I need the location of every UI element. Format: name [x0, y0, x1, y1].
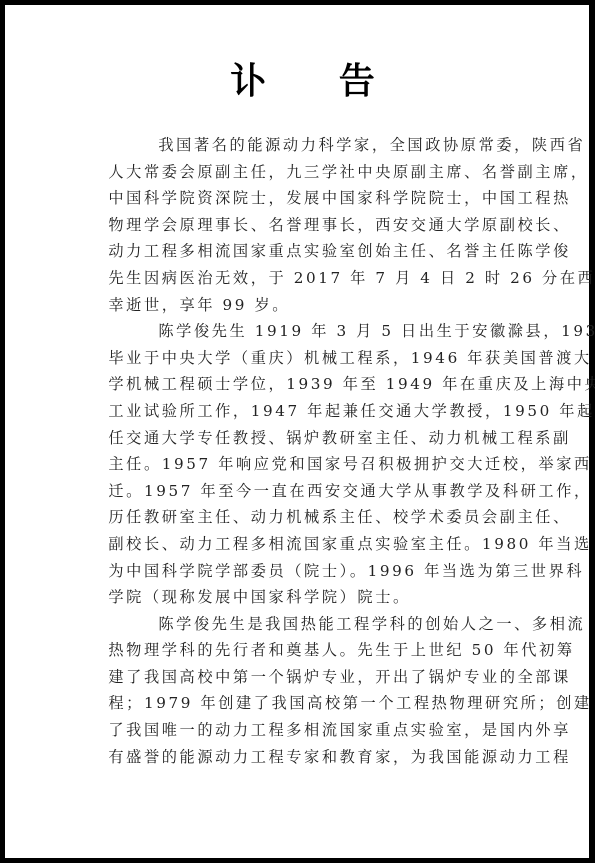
paragraph-2: 陈学俊先生 1919 年 3 月 5 日出生于安徽滁县，1939 年 毕业于中央… [78, 318, 530, 611]
text-line: 工业试验所工作，1947 年起兼任交通大学教授，1950 年起 [78, 398, 530, 425]
text-line: 陈学俊先生 1919 年 3 月 5 日出生于安徽滁县，1939 年 [78, 318, 530, 345]
text-line: 动力工程多相流国家重点实验室创始主任、名誉主任陈学俊 [78, 238, 530, 265]
text-line: 先生因病医治无效，于 2017 年 7 月 4 日 2 时 26 分在西安不 [78, 265, 530, 292]
page-frame: 讣 告 我国著名的能源动力科学家，全国政协原常委，陕西省 人大常委会原副主任，九… [0, 0, 595, 863]
text-line: 副校长、动力工程多相流国家重点实验室主任。1980 年当选 [78, 531, 530, 558]
text-line: 迁。1957 年至今一直在西安交通大学从事教学及科研工作， [78, 478, 530, 505]
text-line: 学院（现称发展中国家科学院）院士。 [78, 584, 530, 611]
text-line: 我国著名的能源动力科学家，全国政协原常委，陕西省 [78, 132, 530, 159]
text-line: 物理学会原理事长、名誉理事长，西安交通大学原副校长、 [78, 212, 530, 239]
text-line: 任交通大学专任教授、锅炉教研室主任、动力机械工程系副 [78, 425, 530, 452]
text-line: 热物理学科的先行者和奠基人。先生于上世纪 50 年代初筹 [78, 637, 530, 664]
document-title: 讣 告 [5, 57, 595, 107]
paragraph-1: 我国著名的能源动力科学家，全国政协原常委，陕西省 人大常委会原副主任，九三学社中… [78, 132, 530, 318]
text-line: 陈学俊先生是我国热能工程学科的创始人之一、多相流 [78, 611, 530, 638]
text-line: 有盛誉的能源动力工程专家和教育家，为我国能源动力工程 [78, 744, 530, 771]
text-line: 了我国唯一的动力工程多相流国家重点实验室，是国内外享 [78, 717, 530, 744]
text-line: 人大常委会原副主任，九三学社中央原副主席、名誉副主席， [78, 159, 530, 186]
text-line: 历任教研室主任、动力机械系主任、校学术委员会副主任、 [78, 504, 530, 531]
document-body: 我国著名的能源动力科学家，全国政协原常委，陕西省 人大常委会原副主任，九三学社中… [78, 132, 530, 770]
text-line: 中国科学院资深院士，发展中国家科学院院士，中国工程热 [78, 185, 530, 212]
text-line: 主任。1957 年响应党和国家号召积极拥护交大迁校，举家西 [78, 451, 530, 478]
text-line: 幸逝世，享年 99 岁。 [78, 292, 530, 319]
text-line: 建了我国高校中第一个锅炉专业，开出了锅炉专业的全部课 [78, 664, 530, 691]
text-line: 为中国科学院学部委员（院士）。1996 年当选为第三世界科 [78, 558, 530, 585]
paragraph-3: 陈学俊先生是我国热能工程学科的创始人之一、多相流 热物理学科的先行者和奠基人。先… [78, 611, 530, 771]
text-line: 程；1979 年创建了我国高校第一个工程热物理研究所；创建 [78, 690, 530, 717]
text-line: 毕业于中央大学（重庆）机械工程系，1946 年获美国普渡大 [78, 345, 530, 372]
text-line: 学机械工程硕士学位，1939 年至 1949 年在重庆及上海中央 [78, 371, 530, 398]
